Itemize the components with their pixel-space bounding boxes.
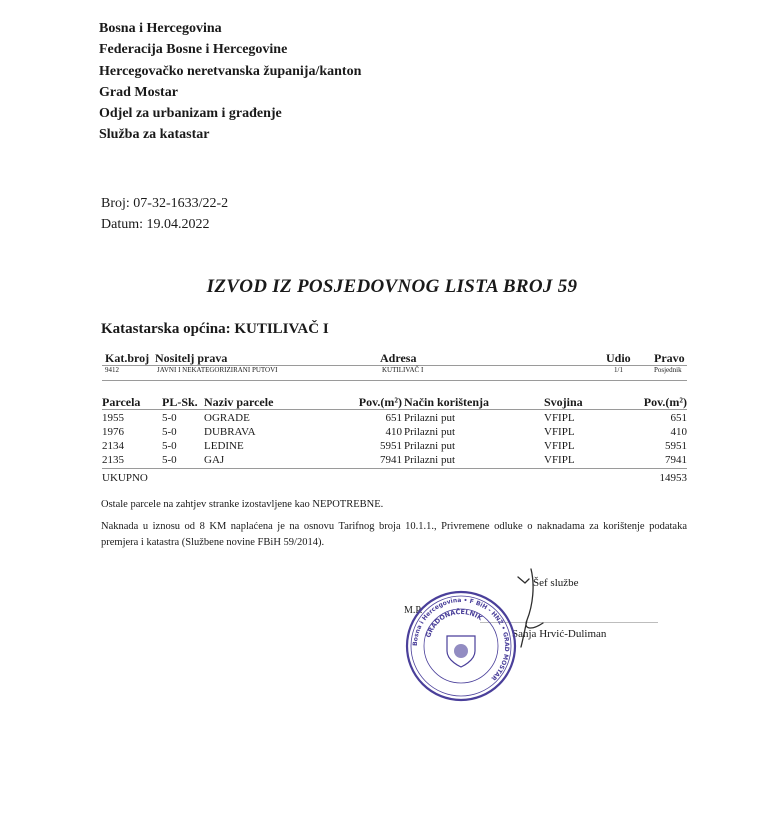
cell-nositelj: JAVNI I NEKATEGORIZIRANI PUTOVI bbox=[157, 366, 277, 374]
document-title: IZVOD IZ POSJEDOVNOG LISTA BROJ 59 bbox=[0, 276, 784, 298]
col-kat-broj: Kat.broj bbox=[105, 351, 149, 366]
cell-pravo: Posjednik bbox=[654, 366, 682, 374]
cell-naziv: GAJ bbox=[204, 454, 224, 466]
header-line: Federacija Bosne i Hercegovine bbox=[99, 39, 361, 60]
cell-pov: 7941 bbox=[312, 454, 402, 466]
cell-parcela: 1955 bbox=[102, 412, 124, 424]
cell-pov-total: 7941 bbox=[622, 454, 687, 466]
parcel-rows: 19555-0OGRADE651Prilazni putVFIPL6511976… bbox=[102, 412, 687, 469]
cell-pov: 5951 bbox=[312, 440, 402, 452]
header-line: Bosna i Hercegovina bbox=[99, 18, 361, 39]
cell-parcela: 2135 bbox=[102, 454, 124, 466]
cell-pl-sk: 5-0 bbox=[162, 412, 177, 424]
cell-pl-sk: 5-0 bbox=[162, 440, 177, 452]
parcel-row: 19765-0DUBRAVA410Prilazni putVFIPL410 bbox=[102, 426, 687, 440]
reference-date: Datum: 19.04.2022 bbox=[101, 214, 228, 235]
col-pov-total: Pov.(m²) bbox=[622, 395, 687, 410]
cell-naziv: OGRADE bbox=[204, 412, 250, 424]
note-omitted-parcels: Ostale parcele na zahtjev stranke izosta… bbox=[101, 497, 687, 513]
parcel-row: 21345-0LEDINE5951Prilazni putVFIPL5951 bbox=[102, 440, 687, 454]
cadastral-municipality: Katastarska općina: KUTILIVAČ I bbox=[101, 321, 329, 338]
cell-pov: 410 bbox=[312, 426, 402, 438]
parcel-row: 21355-0GAJ7941Prilazni putVFIPL7941 bbox=[102, 454, 687, 469]
col-pl-sk: PL-Sk. bbox=[162, 395, 198, 410]
header-line: Grad Mostar bbox=[99, 82, 361, 103]
cell-svojina: VFIPL bbox=[544, 412, 575, 424]
parcel-row: 19555-0OGRADE651Prilazni putVFIPL651 bbox=[102, 412, 687, 426]
issuer-header: Bosna i Hercegovina Federacija Bosne i H… bbox=[99, 18, 361, 146]
col-udio: Udio bbox=[606, 351, 631, 366]
note-fee: Naknada u iznosu od 8 KM naplaćena je na… bbox=[101, 519, 687, 551]
total-row: UKUPNO 14953 bbox=[102, 472, 687, 486]
cell-nacin: Prilazni put bbox=[404, 426, 455, 438]
total-value: 14953 bbox=[622, 472, 687, 484]
header-line: Hercegovačko neretvanska županija/kanton bbox=[99, 61, 361, 82]
cell-adresa: KUTILIVAČ I bbox=[382, 366, 423, 374]
owner-table: Kat.broj Nositelj prava Adresa Udio Prav… bbox=[102, 351, 687, 381]
cell-naziv: LEDINE bbox=[204, 440, 244, 452]
header-line: Odjel za urbanizam i građenje bbox=[99, 103, 361, 124]
header-line: Služba za katastar bbox=[99, 124, 361, 145]
cell-naziv: DUBRAVA bbox=[204, 426, 256, 438]
col-nacin: Način korištenja bbox=[404, 395, 489, 410]
cell-pl-sk: 5-0 bbox=[162, 426, 177, 438]
document-reference: Broj: 07-32-1633/22-2 Datum: 19.04.2022 bbox=[101, 193, 228, 235]
cell-svojina: VFIPL bbox=[544, 426, 575, 438]
cell-pov-total: 5951 bbox=[622, 440, 687, 452]
col-svojina: Svojina bbox=[544, 395, 583, 410]
total-label: UKUPNO bbox=[102, 472, 148, 484]
cell-kat-broj: 9412 bbox=[105, 366, 119, 374]
owner-row: 9412 JAVNI I NEKATEGORIZIRANI PUTOVI KUT… bbox=[102, 366, 687, 381]
cell-parcela: 1976 bbox=[102, 426, 124, 438]
col-nositelj: Nositelj prava bbox=[155, 351, 227, 366]
col-naziv: Naziv parcele bbox=[204, 395, 273, 410]
cell-pov-total: 651 bbox=[622, 412, 687, 424]
cell-nacin: Prilazni put bbox=[404, 412, 455, 424]
cell-svojina: VFIPL bbox=[544, 454, 575, 466]
owner-table-header: Kat.broj Nositelj prava Adresa Udio Prav… bbox=[102, 351, 687, 366]
cell-nacin: Prilazni put bbox=[404, 454, 455, 466]
cell-pl-sk: 5-0 bbox=[162, 454, 177, 466]
reference-number: Broj: 07-32-1633/22-2 bbox=[101, 193, 228, 214]
cell-udio: 1/1 bbox=[614, 366, 623, 374]
official-stamp-icon: Bosna i Hercegovina • F BiH - HNŽ • GRAD… bbox=[404, 589, 518, 703]
col-pov: Pov.(m²) bbox=[312, 395, 402, 410]
parcel-table-header: Parcela PL-Sk. Naziv parcele Pov.(m²) Na… bbox=[102, 395, 687, 410]
cell-pov: 651 bbox=[312, 412, 402, 424]
cell-parcela: 2134 bbox=[102, 440, 124, 452]
cell-svojina: VFIPL bbox=[544, 440, 575, 452]
col-adresa: Adresa bbox=[380, 351, 416, 366]
parcel-table: Parcela PL-Sk. Naziv parcele Pov.(m²) Na… bbox=[102, 395, 687, 486]
cell-pov-total: 410 bbox=[622, 426, 687, 438]
cell-nacin: Prilazni put bbox=[404, 440, 455, 452]
col-parcela: Parcela bbox=[102, 395, 140, 410]
col-pravo: Pravo bbox=[654, 351, 685, 366]
